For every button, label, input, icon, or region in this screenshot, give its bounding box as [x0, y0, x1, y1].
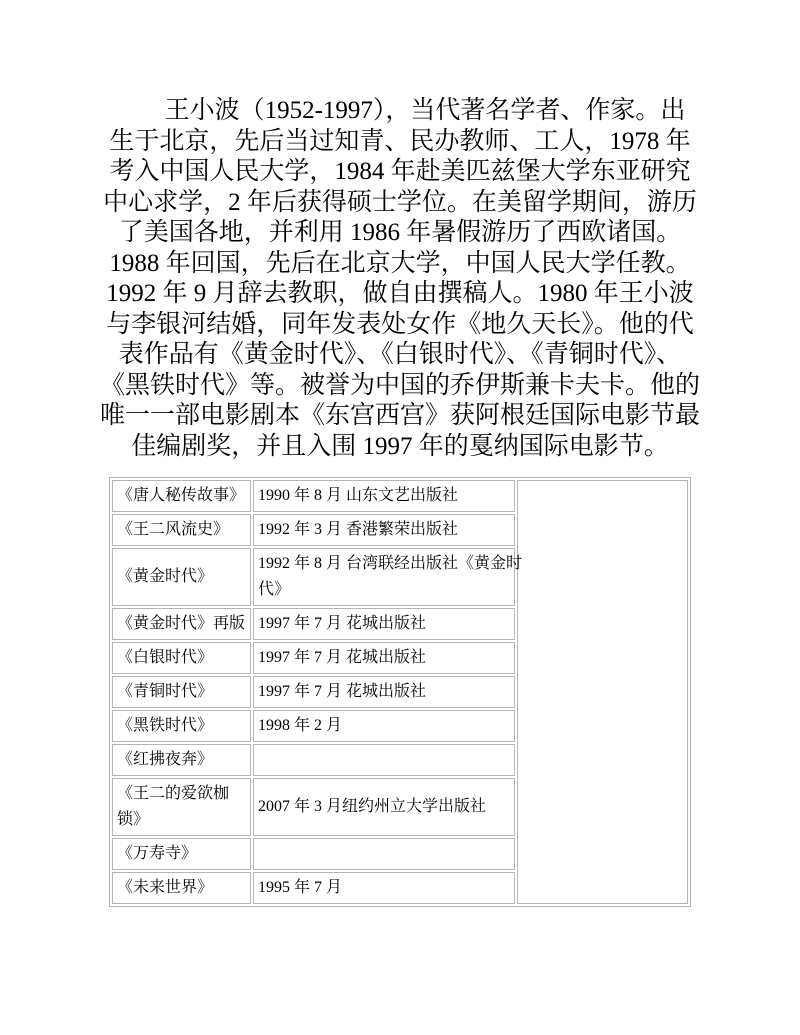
- work-publication-cell: [253, 838, 515, 870]
- empty-side-cell: [517, 480, 688, 904]
- work-publication-cell: 1990 年 8 月 山东文艺出版社: [253, 480, 515, 512]
- work-title-cell: 《红拂夜奔》: [112, 744, 251, 776]
- works-table: 《唐人秘传故事》 1990 年 8 月 山东文艺出版社 《王二风流史》 1992…: [109, 477, 691, 907]
- work-publication-cell: 2007 年 3 月纽约州立大学出版社: [253, 778, 515, 836]
- work-publication-cell: 1992 年 8 月 台湾联经出版社《黄金时 代》: [253, 548, 515, 606]
- work-title-cell: 《王二风流史》: [112, 514, 251, 546]
- work-publication-cell: 1997 年 7 月 花城出版社: [253, 676, 515, 708]
- document-page: { "document": { "colors": { "page_backgr…: [0, 0, 800, 1035]
- work-title-cell: 《唐人秘传故事》: [112, 480, 251, 512]
- work-title-cell: 《青铜时代》: [112, 676, 251, 708]
- work-title-cell: 《王二的爱欲枷 锁》: [112, 778, 251, 836]
- work-title-cell: 《黄金时代》: [112, 548, 251, 606]
- work-title-cell: 《白银时代》: [112, 642, 251, 674]
- work-title-cell: 《黄金时代》再版: [112, 608, 251, 640]
- work-publication-cell: [253, 744, 515, 776]
- work-title-cell: 《未来世界》: [112, 872, 251, 904]
- work-row: 《唐人秘传故事》 1990 年 8 月 山东文艺出版社: [112, 480, 688, 512]
- bio-paragraph: 王小波（1952-1997），当代著名学者、作家。出 生于北京，先后当过知青、民…: [90, 96, 710, 462]
- work-publication-cell: 1992 年 3 月 香港繁荣出版社: [253, 514, 515, 546]
- work-publication-cell: 1997 年 7 月 花城出版社: [253, 608, 515, 640]
- work-publication-cell: 1995 年 7 月: [253, 872, 515, 904]
- work-title-cell: 《万寿寺》: [112, 838, 251, 870]
- work-publication-cell: 1997 年 7 月 花城出版社: [253, 642, 515, 674]
- work-publication-cell: 1998 年 2 月: [253, 710, 515, 742]
- work-title-cell: 《黑铁时代》: [112, 710, 251, 742]
